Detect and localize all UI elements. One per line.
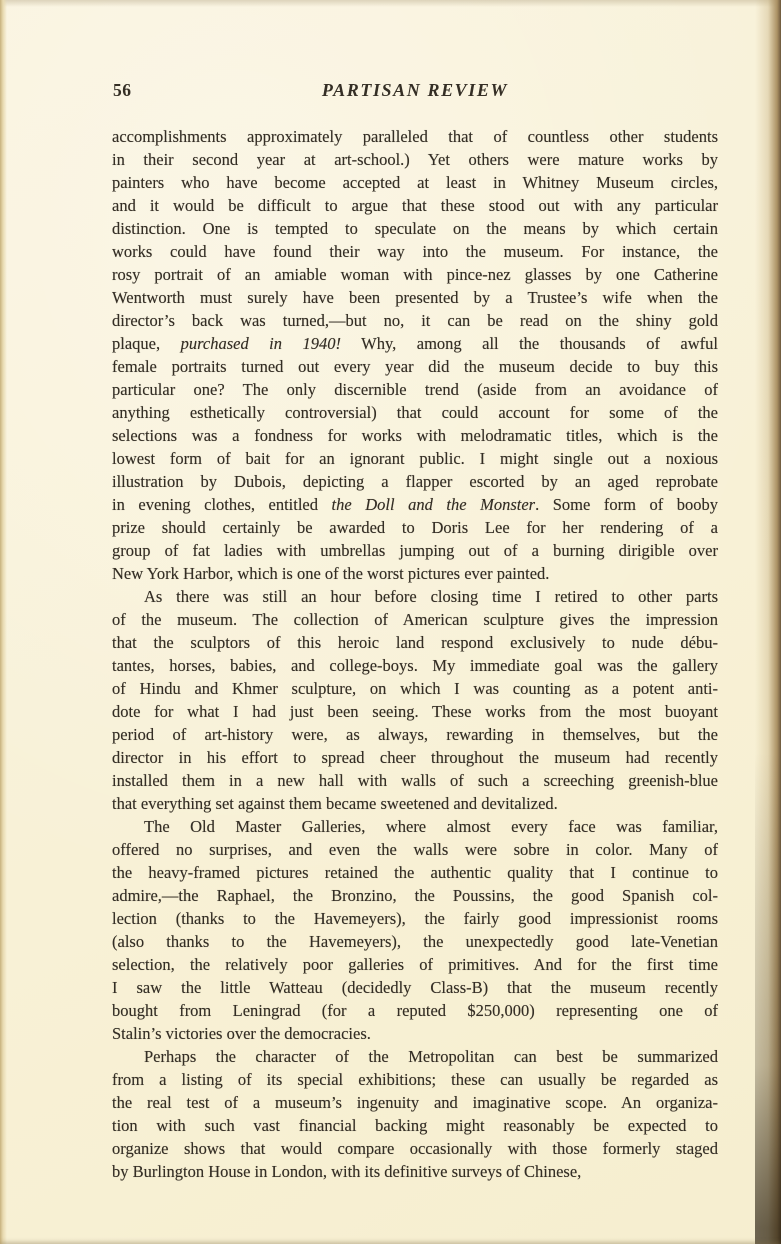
text-line: of the museum. The collection of America… (112, 608, 718, 631)
text-line: female portraits turned out every year d… (112, 355, 718, 378)
text-line: from a listing of its special exhibition… (112, 1068, 718, 1091)
text-line: dote for what I had just been seeing. Th… (112, 700, 718, 723)
text-line: bought from Leningrad (for a reputed $25… (112, 999, 718, 1022)
text-line: distinction. One is tempted to speculate… (112, 217, 718, 240)
text-line: the real test of a museum’s ingenuity an… (112, 1091, 718, 1114)
text-line: selections was a fondness for works with… (112, 424, 718, 447)
text-line: The Old Master Galleries, where almost e… (112, 815, 718, 838)
text-line: in evening clothes, entitled the Doll an… (112, 493, 718, 516)
text-line: that the sculptors of this heroic land r… (112, 631, 718, 654)
text-line: Stalin’s victories over the democracies. (112, 1022, 718, 1045)
text-line: lowest form of bait for an ignorant publ… (112, 447, 718, 470)
text-line: and it would be difficult to argue that … (112, 194, 718, 217)
text-line: particular one? The only discernible tre… (112, 378, 718, 401)
scan-bottom-strip (0, 1244, 781, 1253)
text-line: illustration by Dubois, depicting a flap… (112, 470, 718, 493)
text-line: painters who have become accepted at lea… (112, 171, 718, 194)
text-line: in their second year at art-school.) Yet… (112, 148, 718, 171)
text-line: director’s back was turned,—but no, it c… (112, 309, 718, 332)
text-line: period of art-history were, as always, r… (112, 723, 718, 746)
text-line: accomplishments approximately paralleled… (112, 125, 718, 148)
scan-left-edge (0, 0, 7, 1253)
text-line: offered no surprises, and even the walls… (112, 838, 718, 861)
scanned-page: 56 PARTISAN REVIEW accomplishments appro… (0, 0, 781, 1253)
text-line: lection (thanks to the Havemeyers), the … (112, 907, 718, 930)
text-line: rosy portrait of an amiable woman with p… (112, 263, 718, 286)
text-line: organize shows that would compare occasi… (112, 1137, 718, 1160)
text-line: of Hindu and Khmer sculpture, on which I… (112, 677, 718, 700)
text-line: Perhaps the character of the Metropolita… (112, 1045, 718, 1068)
text-line: Wentworth must surely have been presente… (112, 286, 718, 309)
text-line: works could have found their way into th… (112, 240, 718, 263)
scan-right-edge-shadow (755, 0, 781, 1253)
text-line: tantes, horses, babies, and college-boys… (112, 654, 718, 677)
text-line: anything esthetically controversial) tha… (112, 401, 718, 424)
text-line: admire,—the Raphael, the Bronzino, the P… (112, 884, 718, 907)
scan-right-edge (755, 0, 781, 1253)
text-line: As there was still an hour before closin… (112, 585, 718, 608)
page-header: 56 PARTISAN REVIEW (112, 80, 718, 104)
text-line: that everything set against them became … (112, 792, 718, 815)
text-line: selection, the relatively poor galleries… (112, 953, 718, 976)
text-line: installed them in a new hall with walls … (112, 769, 718, 792)
text-line: (also thanks to the Havemeyers), the une… (112, 930, 718, 953)
text-line: I saw the little Watteau (decidedly Clas… (112, 976, 718, 999)
scan-top-shadow (0, 0, 781, 7)
text-line: prize should certainly be awarded to Dor… (112, 516, 718, 539)
text-line: group of fat ladies with umbrellas jumpi… (112, 539, 718, 562)
text-line: the heavy-framed pictures retained the a… (112, 861, 718, 884)
text-line: New York Harbor, which is one of the wor… (112, 562, 718, 585)
text-line: director in his effort to spread cheer t… (112, 746, 718, 769)
text-line: plaque, purchased in 1940! Why, among al… (112, 332, 718, 355)
text-line: by Burlington House in London, with its … (112, 1160, 718, 1183)
text-line: tion with such vast financial backing mi… (112, 1114, 718, 1137)
page-body: accomplishments approximately paralleled… (112, 125, 718, 1183)
journal-title: PARTISAN REVIEW (112, 80, 718, 101)
